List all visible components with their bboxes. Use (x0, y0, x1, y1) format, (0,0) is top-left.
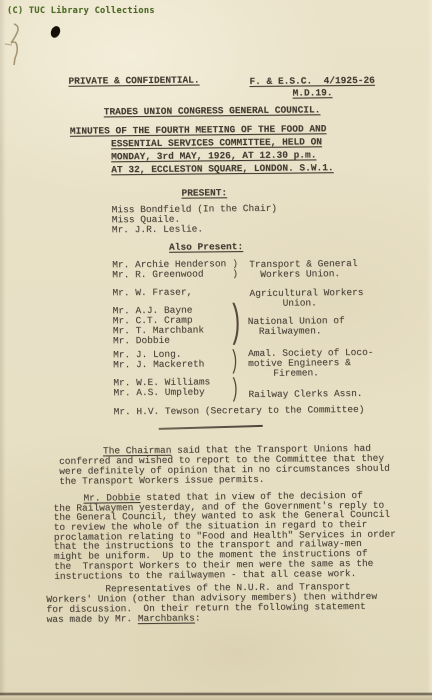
page-bottom-edge (0, 692, 432, 700)
paragraph-line: the Transport Workers issue permits. (59, 474, 390, 487)
present-heading: PRESENT: (181, 188, 227, 198)
classification-heading: PRIVATE & CONFIDENTIAL. (68, 75, 199, 86)
page-right-edge (427, 0, 432, 700)
reference-md19: M.D.19. (293, 88, 333, 98)
paragraph-representatives: Representatives of the N.U.R. and Transp… (46, 582, 377, 625)
minutes-heading-line-4: AT 32, ECCLESTON SQUARE, LONDON. S.W.1. (111, 163, 333, 175)
attendee-name: Mr. R. Greenwood (112, 269, 203, 280)
document-title: TRADES UNION CONGRESS GENERAL COUNCIL. (104, 105, 321, 117)
attendee-name: Mr. Dobbie (113, 336, 170, 347)
scanned-document-page: (C) TUC Library Collections PRIVATE & CO… (0, 0, 432, 700)
typewritten-content: PRIVATE & CONFIDENTIAL. F. & E.S.C. 4/19… (0, 0, 432, 700)
attendee-name: Mr. W. Fraser, (112, 288, 192, 299)
paragraph-line: instructions to the railwaymen - that al… (54, 568, 396, 581)
paragraph-line: was made by Mr. Marchbanks: (47, 612, 378, 625)
attendee-org: Railwaymen. (259, 326, 322, 337)
attendee-bracket: ) (230, 376, 239, 402)
also-present-heading: Also Present: (169, 242, 243, 253)
minutes-heading-line-1: MINUTES OF THE FOURTH MEETING OF THE FOO… (70, 124, 327, 136)
attendee-bracket: ) (230, 348, 239, 374)
attendee-name: Mr. J. Mackereth (113, 359, 204, 370)
minutes-heading-line-3: MONDAY, 3rd MAY, 1926, AT 12.30 p.m. (111, 150, 316, 162)
present-member: Mr. J.R. Leslie. (112, 224, 203, 235)
attendee-org: Workers Union. (260, 269, 340, 280)
reference-number: F. & E.S.C. 4/1925-26 (249, 76, 375, 87)
attendee-org: Railway Clerks Assn. (248, 389, 362, 400)
attendee-org: Firemen. (273, 368, 319, 378)
paragraph-chairman: The Chairman said that the Transport Uni… (59, 444, 390, 487)
attendee-name: Mr. A.S. Umpleby (113, 387, 204, 398)
speaker-name: Marchbanks (138, 613, 195, 625)
attendee-org: Union. (283, 298, 317, 308)
minutes-heading-line-2: ESSENTIAL SERVICES COMMITTEE, HELD ON (111, 137, 322, 149)
attendee-bracket: ) (232, 269, 238, 279)
attendee-bracket: ) (229, 301, 243, 346)
secretary-line: Mr. H.V. Tewson (Secretary to the Commit… (114, 405, 365, 417)
divider-rule (159, 425, 263, 430)
paragraph-dobbie: Mr. Dobbie stated that in view of the de… (53, 491, 396, 581)
